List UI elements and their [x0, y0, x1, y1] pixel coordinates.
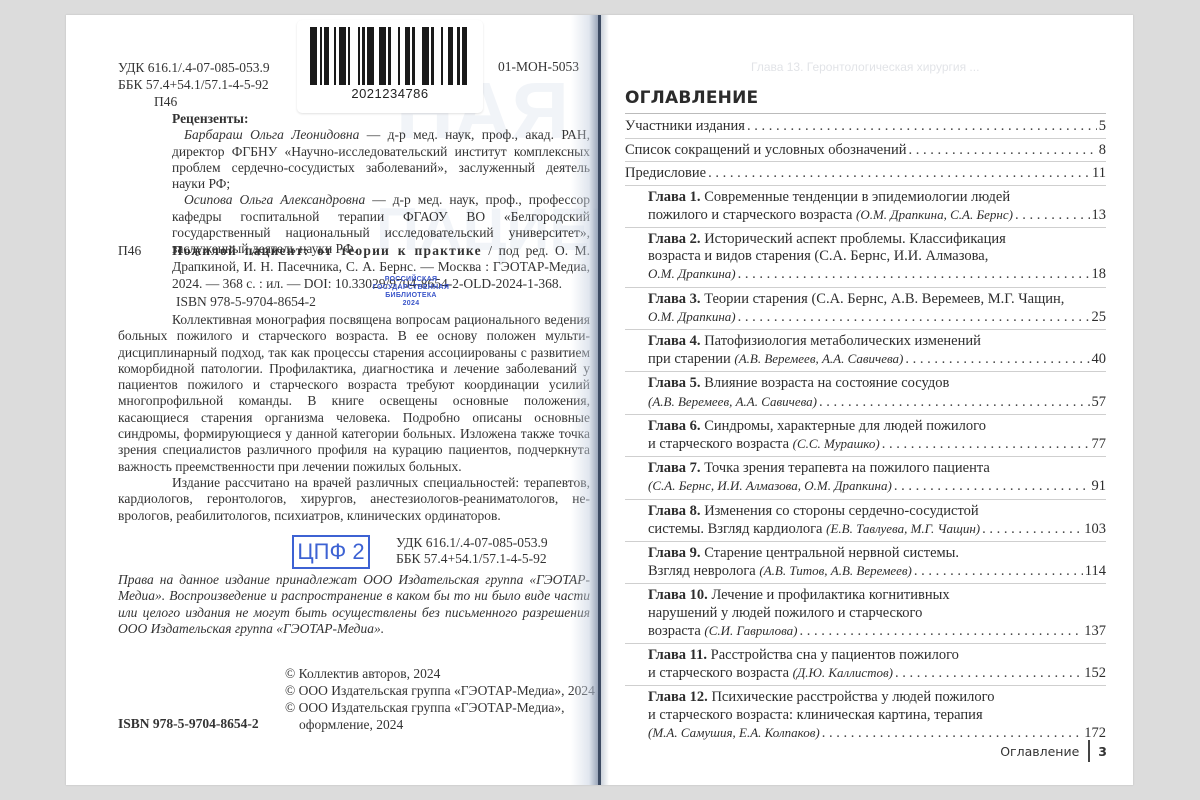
library-stamp: РОССИЙСКАЯ ГОСУДАРСТВЕННАЯ БИБЛИОТЕКА 20… — [366, 276, 456, 308]
leader-dots — [708, 164, 1090, 183]
toc-title: ОГЛАВЛЕНИЕ — [625, 88, 758, 108]
abstract-paragraph: Издание рассчитано на врачей различных с… — [118, 475, 590, 524]
reviewer-name: Осипова Ольга Александровна — [184, 192, 365, 207]
leader-dots — [914, 563, 1083, 580]
toc-page-number: 114 — [1085, 563, 1106, 580]
chapter-title-line: и старческого возраста — [648, 436, 789, 452]
chapter-title-line: Глава 5. Влияние возраста на состояние с… — [648, 375, 1106, 392]
chapter-label: Глава 9. — [648, 545, 701, 561]
footer-section: Оглавление — [1000, 744, 1079, 759]
toc-page-number: 13 — [1092, 207, 1107, 224]
divider — [1088, 740, 1090, 762]
toc-page-number: 5 — [1099, 117, 1106, 136]
toc-entry-title: Предисловие — [625, 164, 706, 183]
toc-page-number: 18 — [1092, 266, 1107, 283]
table-of-contents: Участники издания5Список сокращений и ус… — [625, 115, 1106, 745]
leader-dots — [819, 394, 1090, 411]
toc-page-number: 152 — [1084, 665, 1106, 682]
chapter-authors: (С.С. Мурашко) — [793, 436, 880, 451]
leader-dots — [982, 521, 1082, 538]
toc-chapter-entry[interactable]: Глава 12. Психические расстройства у люд… — [625, 686, 1106, 745]
chapter-title-line: Глава 10. Лечение и профилактика когнити… — [648, 587, 1106, 604]
toc-page-number: 57 — [1092, 394, 1107, 411]
toc-page-number: 137 — [1084, 623, 1106, 640]
chapter-label: Глава 3. — [648, 291, 701, 307]
left-page-imprint: НАЯ ПАЦИЕНТ УДК 616.1/.4-07-085-053.9 ББ… — [66, 15, 601, 785]
chapter-title-line: и старческого возраста: клиническая карт… — [648, 707, 1106, 724]
toc-entry[interactable]: Список сокращений и условных обозначений… — [625, 139, 1106, 163]
chapter-authors: (А.В. Веремеев, А.А. Савичева) — [734, 351, 903, 366]
udk-code: УДК 616.1/.4-07-085-053.9 — [118, 59, 270, 76]
bbk-code: ББК 57.4+54.1/57.1-4-5-92 — [118, 76, 270, 93]
toc-page-number: 91 — [1092, 478, 1107, 495]
leader-dots — [895, 665, 1082, 682]
isbn-bottom: ISBN 978-5-9704-8654-2 — [118, 716, 259, 732]
toc-chapter-entry[interactable]: Глава 9. Старение центральной нервной си… — [625, 542, 1106, 584]
author-code: П46 — [118, 93, 270, 110]
reviewer-entry: Барбараш Ольга Леонидовна — д-р мед. нау… — [172, 127, 590, 192]
leader-dots — [738, 309, 1090, 326]
toc-chapter-entry[interactable]: Глава 3. Теории старения (С.А. Бернс, А.… — [625, 288, 1106, 330]
toc-page-number: 11 — [1092, 164, 1106, 183]
chapter-authors: (О.М. Драпкина, С.А. Бернс) — [856, 207, 1013, 222]
copyright-block: © Коллектив авторов, 2024 © ООО Издатель… — [285, 665, 595, 733]
toc-page-number: 40 — [1092, 351, 1107, 368]
chapter-label: Глава 11. — [648, 647, 707, 663]
leader-dots — [747, 117, 1097, 136]
toc-chapter-entry[interactable]: Глава 5. Влияние возраста на состояние с… — [625, 372, 1106, 414]
barcode-sticker: 2021234786 — [297, 20, 483, 113]
document-code: 01-МОН-5053 — [498, 59, 579, 75]
bbk-code-bottom: ББК 57.4+54.1/57.1-4-5-92 — [396, 551, 548, 567]
reviewer-name: Барбараш Ольга Леонидовна — [184, 127, 359, 142]
chapter-authors: (С.А. Бернс, И.И. Алмазова, О.М. Драпкин… — [648, 478, 892, 493]
chapter-title-line: Глава 4. Патофизиология метаболических и… — [648, 333, 1106, 350]
chapter-title-line: нарушений у людей пожилого и старческого — [648, 605, 1106, 622]
leader-dots — [1015, 207, 1090, 224]
udk-bbk-bottom: УДК 616.1/.4-07-085-053.9 ББК 57.4+54.1/… — [396, 535, 548, 567]
divider — [625, 113, 1106, 114]
chapter-title-line: Глава 3. Теории старения (С.А. Бернс, А.… — [648, 291, 1106, 308]
toc-chapter-entry[interactable]: Глава 11. Расстройства сна у пациентов п… — [625, 644, 1106, 686]
leader-dots — [800, 623, 1083, 640]
chapter-title-line: возраста — [648, 623, 701, 639]
chapter-label: Глава 12. — [648, 689, 708, 705]
toc-chapter-entry[interactable]: Глава 1. Современные тенденции в эпидеми… — [625, 186, 1106, 228]
copyright-line: © Коллектив авторов, 2024 — [285, 665, 595, 682]
toc-chapter-entry[interactable]: Глава 7. Точка зрения терапевта на пожил… — [625, 457, 1106, 499]
chapter-title-line: пожилого и старческого возраста — [648, 207, 852, 223]
chapter-label: Глава 5. — [648, 375, 701, 391]
chapter-title-line: Глава 7. Точка зрения терапевта на пожил… — [648, 460, 1106, 477]
chapter-title-line: Глава 8. Изменения со стороны сердечно-с… — [648, 503, 1106, 520]
chapter-authors: (А.В. Веремеев, А.А. Савичева) — [648, 394, 817, 409]
rights-notice: Права на данное издание принадлежат ООО … — [118, 572, 590, 637]
barcode-icon — [310, 27, 472, 85]
chapter-label: Глава 7. — [648, 460, 701, 476]
chapter-authors: (А.В. Титов, А.В. Веремеев) — [759, 563, 912, 578]
chapter-label: Глава 2. — [648, 231, 701, 247]
toc-chapter-entry[interactable]: Глава 10. Лечение и профилактика когнити… — [625, 584, 1106, 644]
chapter-authors: О.М. Драпкина) — [648, 266, 736, 281]
toc-chapter-entry[interactable]: Глава 6. Синдромы, характерные для людей… — [625, 415, 1106, 457]
toc-chapter-entry[interactable]: Глава 4. Патофизиология метаболических и… — [625, 330, 1106, 372]
barcode-number: 2021234786 — [297, 86, 483, 101]
page-number: 3 — [1098, 744, 1107, 759]
chapter-title-line: Глава 9. Старение центральной нервной си… — [648, 545, 1106, 562]
toc-entry-title: Участники издания — [625, 117, 745, 136]
right-page-contents: Глава 13. Геронтологическая хирургия ...… — [601, 15, 1133, 785]
toc-chapter-entry[interactable]: Глава 8. Изменения со стороны сердечно-с… — [625, 500, 1106, 542]
chapter-authors: О.М. Драпкина) — [648, 309, 736, 324]
reviewers-section: Рецензенты: Барбараш Ольга Леонидовна — … — [172, 111, 590, 258]
chapter-authors: (Е.В. Тавлуева, М.Г. Чащин) — [826, 521, 980, 536]
udk-bbk-block: УДК 616.1/.4-07-085-053.9 ББК 57.4+54.1/… — [118, 59, 270, 110]
leader-dots — [738, 266, 1090, 283]
leader-dots — [894, 478, 1090, 495]
bib-author-code: П46 — [118, 243, 141, 259]
bibliographic-record: П46 Пожилой пациент: от теории к практик… — [118, 243, 590, 310]
running-footer: Оглавление 3 — [1000, 740, 1107, 762]
show-through-ghost: Глава 13. Геронтологическая хирургия ... — [751, 60, 979, 74]
chapter-label: Глава 1. — [648, 189, 701, 205]
toc-page-number: 77 — [1092, 436, 1107, 453]
book-spread: НАЯ ПАЦИЕНТ УДК 616.1/.4-07-085-053.9 ББ… — [66, 15, 1133, 785]
chapter-label: Глава 8. — [648, 503, 701, 519]
chapter-title-line: Глава 6. Синдромы, характерные для людей… — [648, 418, 1106, 435]
toc-page-number: 8 — [1099, 141, 1106, 160]
chapter-label: Глава 4. — [648, 333, 701, 349]
chapter-title-line: возраста и видов старения (С.А. Бернс, И… — [648, 248, 1106, 265]
chapter-label: Глава 6. — [648, 418, 701, 434]
leader-dots — [905, 351, 1089, 368]
udk-code-bottom: УДК 616.1/.4-07-085-053.9 — [396, 535, 548, 551]
cpf-stamp: ЦПФ 2 — [292, 535, 370, 569]
chapter-title-line: Взгляд невролога — [648, 563, 756, 579]
chapter-authors: (М.А. Самушия, Е.А. Колпаков) — [648, 725, 820, 740]
gutter-shadow — [601, 15, 609, 785]
toc-chapter-entry[interactable]: Глава 2. Исторический аспект проблемы. К… — [625, 228, 1106, 288]
copyright-line: оформление, 2024 — [285, 716, 595, 733]
toc-entry[interactable]: Участники издания5 — [625, 115, 1106, 139]
chapter-label: Глава 10. — [648, 587, 708, 603]
reviewers-heading: Рецензенты: — [172, 111, 590, 127]
book-title: Пожилой пациент: от теории к практике — [172, 243, 482, 258]
chapter-title-line: Глава 12. Психические расстройства у люд… — [648, 689, 1106, 706]
gutter-shadow — [571, 15, 601, 785]
chapter-title-line: при старении — [648, 351, 731, 367]
copyright-line: © ООО Издательская группа «ГЭОТАР-Медиа»… — [285, 699, 595, 716]
toc-entry[interactable]: Предисловие11 — [625, 162, 1106, 186]
toc-entry-title: Список сокращений и условных обозначений — [625, 141, 906, 160]
toc-page-number: 103 — [1084, 521, 1106, 538]
chapter-title-line: системы. Взгляд кардиолога — [648, 521, 822, 537]
abstract: Коллективная монография посвящена вопрос… — [118, 312, 590, 524]
chapter-title-line: и старческого возраста — [648, 665, 789, 681]
leader-dots — [882, 436, 1090, 453]
copyright-line: © ООО Издательская группа «ГЭОТАР-Медиа»… — [285, 682, 595, 699]
leader-dots — [908, 141, 1096, 160]
chapter-authors: (Д.Ю. Каллистов) — [793, 665, 893, 680]
chapter-title-line: Глава 2. Исторический аспект проблемы. К… — [648, 231, 1106, 248]
chapter-title-line: Глава 1. Современные тенденции в эпидеми… — [648, 189, 1106, 206]
chapter-title-line: Глава 11. Расстройства сна у пациентов п… — [648, 647, 1106, 664]
toc-page-number: 25 — [1092, 309, 1107, 326]
chapter-authors: (С.И. Гаврилова) — [704, 623, 797, 638]
abstract-paragraph: Коллективная монография посвящена вопрос… — [118, 312, 590, 475]
